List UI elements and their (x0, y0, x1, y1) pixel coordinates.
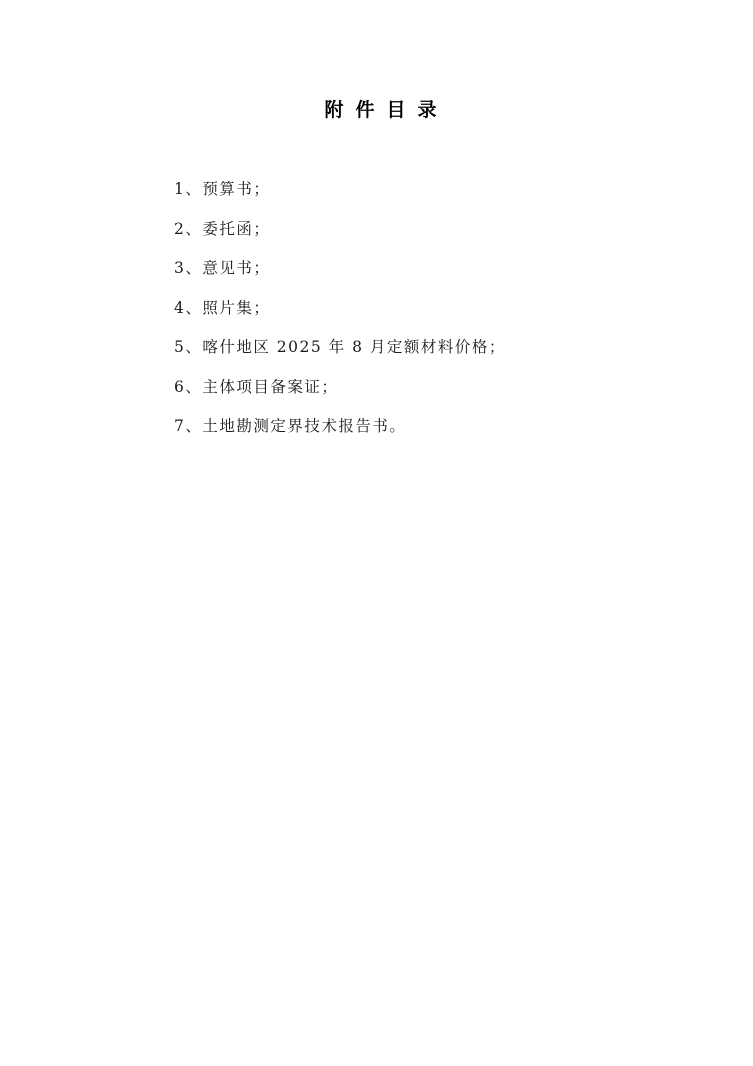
list-item: 2、委托函； (174, 218, 506, 258)
list-item: 3、意见书； (174, 257, 506, 297)
list-item: 4、照片集； (174, 297, 506, 337)
attachment-list: 1、预算书； 2、委托函； 3、意见书； 4、照片集； 5、喀什地区 2025 … (174, 178, 506, 455)
document-page: 附件目录 1、预算书； 2、委托函； 3、意见书； 4、照片集； 5、喀什地区 … (0, 0, 753, 1066)
page-title: 附件目录 (0, 98, 753, 122)
list-item: 5、喀什地区 2025 年 8 月定额材料价格； (174, 336, 506, 376)
list-item: 6、主体项目备案证； (174, 376, 506, 416)
list-item: 1、预算书； (174, 178, 506, 218)
list-item: 7、土地勘测定界技术报告书。 (174, 415, 506, 455)
